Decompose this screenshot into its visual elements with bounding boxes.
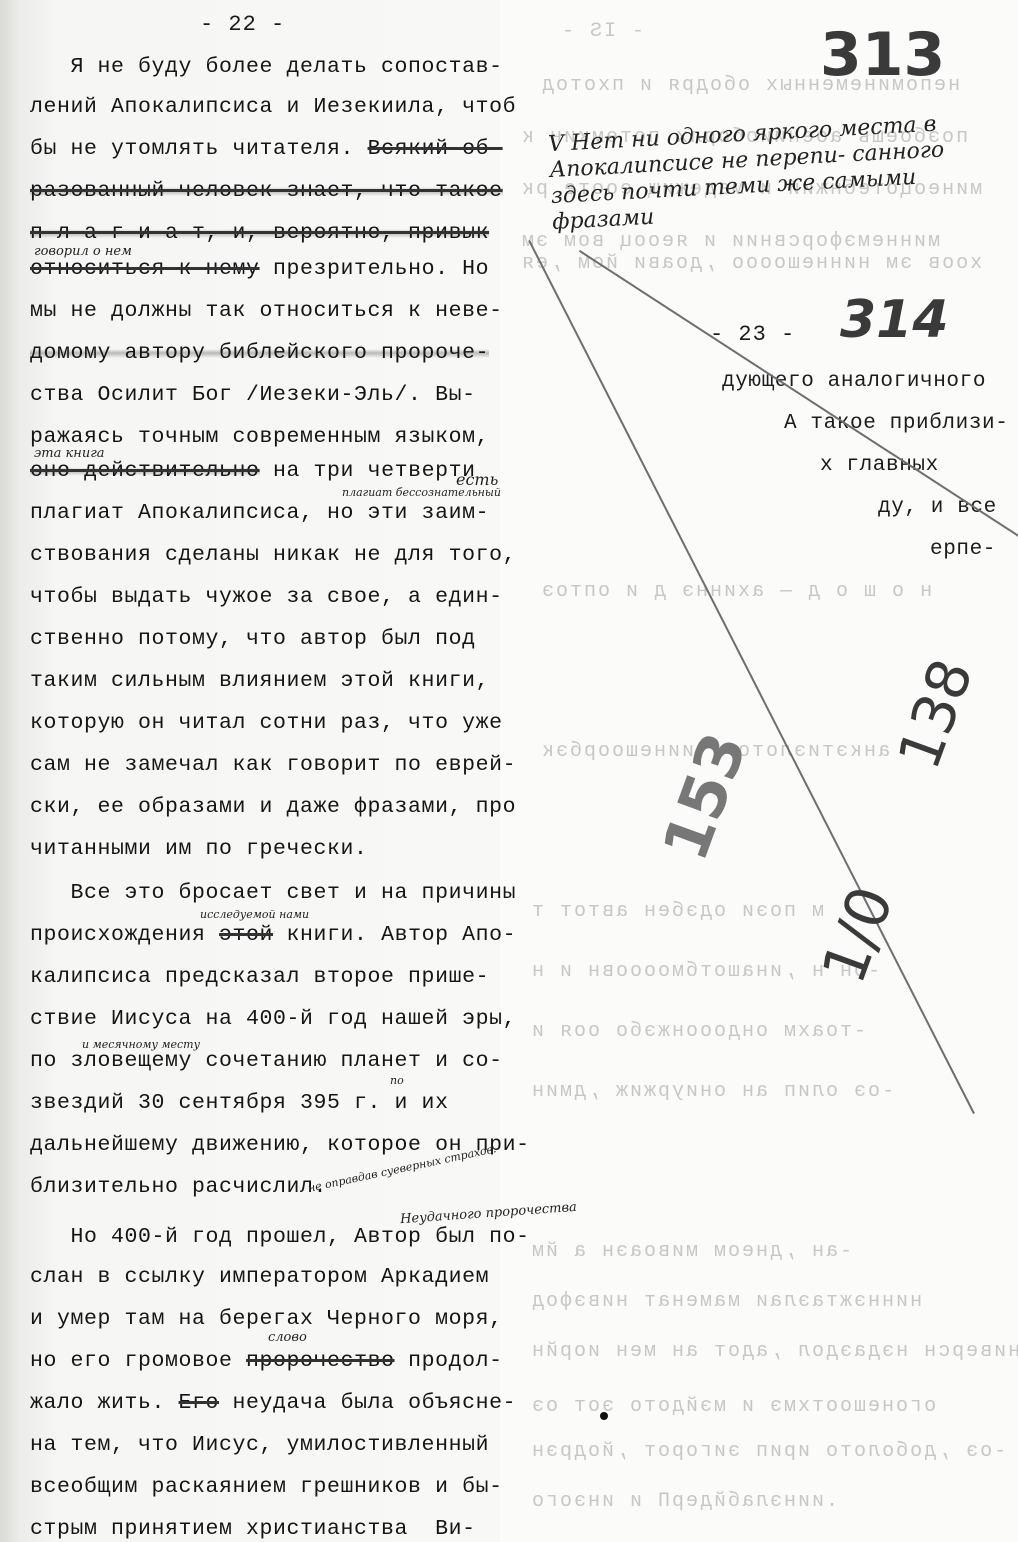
text-line-struck: разованный человек знает, что такое bbox=[30, 178, 503, 204]
struck-text: Его bbox=[179, 1391, 220, 1415]
handwritten-note: и месячному месту bbox=[82, 1038, 200, 1051]
text-line: стрым принятием христианства Ви- bbox=[30, 1516, 476, 1542]
text-line: на тем, что Иисус, умилостивленный bbox=[30, 1432, 489, 1458]
struck-text: пророчество bbox=[246, 1349, 395, 1373]
text-line: оно действительно на три четверти bbox=[30, 458, 476, 484]
struck-text: относиться к нему bbox=[30, 257, 260, 281]
folio-number: 313 bbox=[820, 20, 945, 90]
text-line: по зловещему сочетанию планет и со- bbox=[30, 1048, 503, 1074]
text-line: Все это бросает свет и на причины bbox=[30, 880, 516, 906]
text-line: калипсиса предсказал второе прише- bbox=[30, 964, 489, 990]
text-line: мы не должны так относиться к неве- bbox=[30, 298, 503, 324]
handwritten-note: говорил о нем bbox=[34, 244, 132, 259]
text-line: всеобщим раскаянием грешников и бы- bbox=[30, 1474, 503, 1500]
text-line: ствие Иисуса на 400-й год нашей эры, bbox=[30, 1006, 516, 1032]
text-line: таким сильным влиянием этой книги, bbox=[30, 668, 489, 694]
text-line: жало жить. Его неудача была объясне- bbox=[30, 1390, 516, 1416]
text-line: А такое приблизи- bbox=[784, 412, 1008, 435]
text-line: ски, ее образами и даже фразами, про bbox=[30, 794, 516, 820]
ink-dot bbox=[600, 1412, 608, 1420]
text-line: но его громовое пророчество продол- bbox=[30, 1348, 503, 1374]
struck-text: этой bbox=[219, 923, 273, 947]
struck-text: оно действительно bbox=[30, 459, 260, 483]
text-line: относиться к нему презрительно. Но bbox=[30, 256, 489, 282]
text-line: звездий 30 сентября 395 г. и их bbox=[30, 1090, 449, 1116]
handwritten-note: эта книга bbox=[34, 446, 105, 461]
text-line: дующего аналогичного bbox=[722, 370, 986, 393]
page-22: - 22 - Я не буду более делать сопостав- … bbox=[0, 0, 540, 1542]
text-line: которую он читал сотни раз, что уже bbox=[30, 710, 503, 736]
text-line: читанными им по гречески. bbox=[30, 836, 368, 862]
text-line: ду, и все bbox=[878, 496, 997, 519]
handwritten-note: исследуемой нами bbox=[200, 908, 309, 921]
text-line: ственно потому, что автор был под bbox=[30, 626, 476, 652]
page-number-22: - 22 - bbox=[200, 12, 285, 37]
text-line: домому автору библейского пророче- bbox=[30, 340, 489, 366]
text-line: слан в ссылку императором Аркадием bbox=[30, 1264, 489, 1290]
text-line: происхождения этой книги. Автор Апо- bbox=[30, 922, 516, 948]
text-line-struck: п л а г и а т, и, вероятно, привык bbox=[30, 220, 489, 246]
text-line: плагиат Апокалипсиса, но эти заим- bbox=[30, 500, 489, 526]
text-line: ствования сделаны никак не для того, bbox=[30, 542, 516, 568]
struck-text: Всякий об- bbox=[368, 137, 503, 161]
text-line: Но 400-й год прошел, Автор был по- bbox=[30, 1224, 530, 1250]
text-line: чтобы выдать чужое за свое, а един- bbox=[30, 584, 503, 610]
text-line: близительно расчислил. bbox=[30, 1174, 327, 1200]
handwritten-note: плагиат бессознательный bbox=[342, 486, 501, 499]
text-line: ства Осилит Бог /Иезеки-Эль/. Вы- bbox=[30, 382, 476, 408]
text-line: Я не буду более делать сопостав- bbox=[30, 54, 503, 80]
text-line: лений Апокалипсиса и Иезекиила, чтоб bbox=[30, 94, 516, 120]
text-line: бы не утомлять читателя. Всякий об- bbox=[30, 136, 503, 162]
handwritten-note: по bbox=[390, 1074, 404, 1087]
handwritten-note: слово bbox=[268, 1330, 307, 1345]
text-line: сам не замечал как говорит по еврей- bbox=[30, 752, 516, 778]
text-line: ерпе- bbox=[930, 538, 996, 561]
folio-number: 314 bbox=[840, 290, 949, 350]
text-line: и умер там на берегах Черного моря, bbox=[30, 1306, 503, 1332]
